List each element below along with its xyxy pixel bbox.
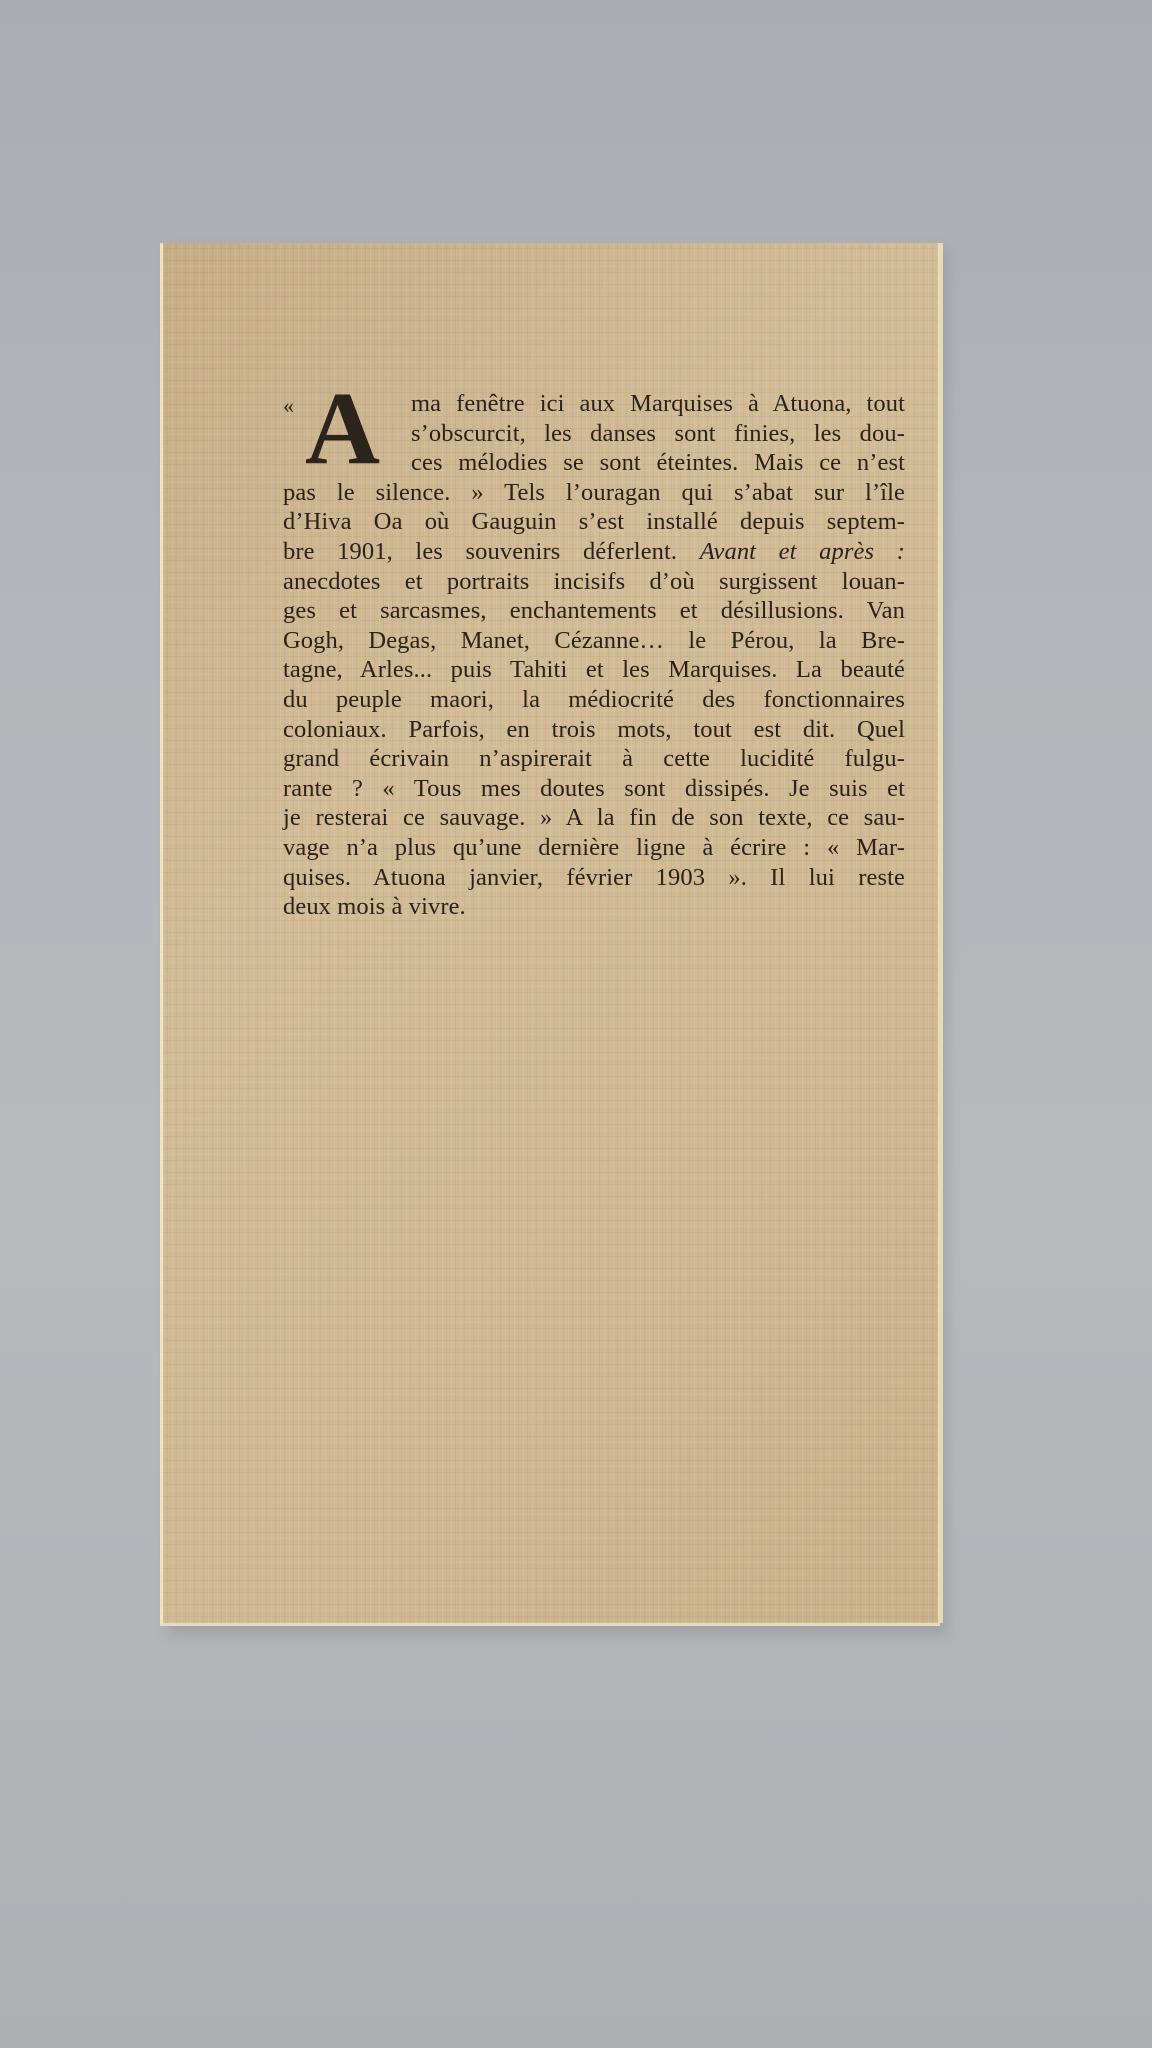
blurb-line: bre 1901, les souvenirs déferlent. Avant… — [283, 537, 905, 567]
opening-quote-mark: « — [283, 391, 294, 421]
blurb-text: « A ma fenêtre ici aux Marquises à Atuon… — [283, 389, 905, 922]
blurb-line: grand écrivain n’aspirerait à cette luci… — [283, 744, 905, 774]
spine-fold-line — [938, 243, 943, 1623]
blurb-line: coloniaux. Parfois, en trois mots, tout … — [283, 715, 905, 745]
blurb-line: du peuple maori, la médiocrité des fonct… — [283, 685, 905, 715]
blurb-line: d’Hiva Oa où Gauguin s’est installé depu… — [283, 507, 905, 537]
book-back-cover: « A ma fenêtre ici aux Marquises à Atuon… — [160, 243, 940, 1626]
blurb-line: je resterai ce sauvage. » A la fin de so… — [283, 803, 905, 833]
blurb-line: anecdotes et portraits incisifs d’où sur… — [283, 567, 905, 597]
blurb-line-text: bre 1901, les souvenirs déferlent. — [283, 538, 677, 565]
blurb-line: deux mois à vivre. — [283, 892, 905, 922]
blurb-line: ges et sarcasmes, enchantements et désil… — [283, 596, 905, 626]
blurb-line: quises. Atuona janvier, février 1903 ». … — [283, 863, 905, 893]
drop-cap: A — [305, 377, 380, 481]
book-title-italic: Avant et après : — [700, 538, 905, 565]
blurb-line: vage n’a plus qu’une dernière ligne à éc… — [283, 833, 905, 863]
blurb-line: tagne, Arles... puis Tahiti et les Marqu… — [283, 655, 905, 685]
blurb-line: Gogh, Degas, Manet, Cézanne… le Pérou, l… — [283, 626, 905, 656]
blurb-line: rante ? « Tous mes doutes sont dissipés.… — [283, 774, 905, 804]
